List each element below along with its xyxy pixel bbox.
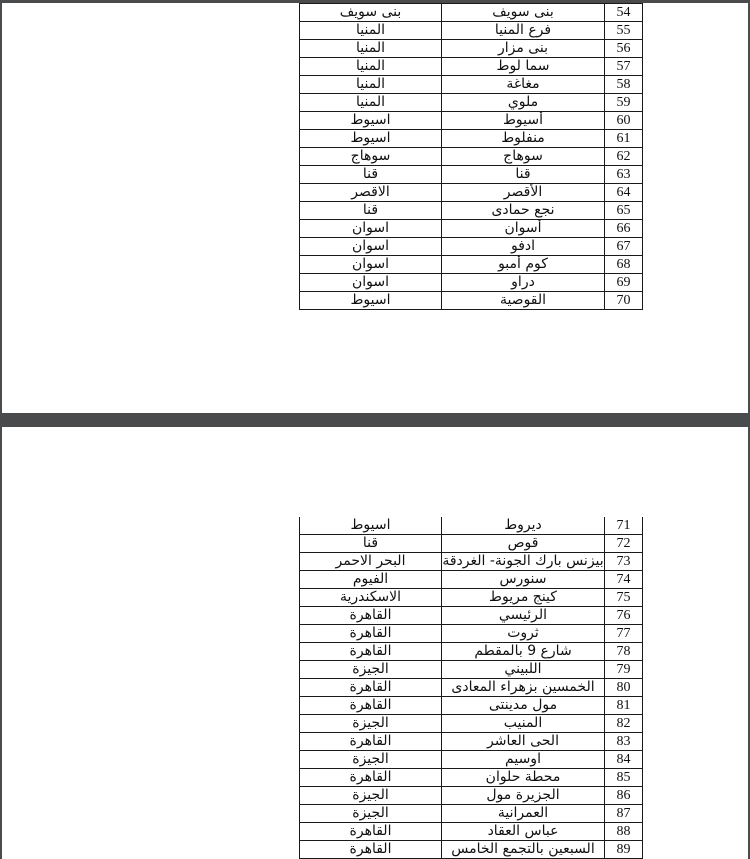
governorate-cell: الجيزة [300,715,442,733]
branch-name-cell: ادفو [442,238,605,256]
row-number-cell: 64 [605,184,643,202]
table-row: اسوانأسوان66 [300,220,643,238]
table-row: قناقوص72 [300,535,643,553]
row-number-cell: 72 [605,535,643,553]
row-number-cell: 63 [605,166,643,184]
row-number-cell: 74 [605,571,643,589]
table-row: القاهرةالرئيسي76 [300,607,643,625]
governorate-cell: القاهرة [300,697,442,715]
governorate-cell: القاهرة [300,823,442,841]
branch-name-cell: كوم أمبو [442,256,605,274]
row-number-cell: 84 [605,751,643,769]
branch-name-cell: أسيوط [442,112,605,130]
governorate-cell: القاهرة [300,643,442,661]
table-row: اسوانادفو67 [300,238,643,256]
table-row: البحر الاحمربيزنس بارك الجونة- الغردقة73 [300,553,643,571]
branch-name-cell: الأقصر [442,184,605,202]
branch-name-cell: أسوان [442,220,605,238]
table-row: اسيوطالقوصية70 [300,292,643,310]
governorate-cell: القاهرة [300,769,442,787]
governorate-cell: القاهرة [300,607,442,625]
branch-name-cell: ديروط [442,517,605,535]
branch-name-cell: الرئيسي [442,607,605,625]
table-row: قناقنا63 [300,166,643,184]
table-row: اسيوطأسيوط60 [300,112,643,130]
row-number-cell: 61 [605,130,643,148]
governorate-cell: القاهرة [300,841,442,859]
table-row: القاهرةثروت77 [300,625,643,643]
table-row: اسيوطمنفلوط61 [300,130,643,148]
table-row: المنيامغاغة58 [300,76,643,94]
table-row: الاسكندريةكينج مريوط75 [300,589,643,607]
row-number-cell: 69 [605,274,643,292]
branch-name-cell: بيزنس بارك الجونة- الغردقة [442,553,605,571]
governorate-cell: اسوان [300,274,442,292]
branch-name-cell: بنى سويف [442,4,605,22]
table-row: المنيابنى مزار56 [300,40,643,58]
governorate-cell: اسيوط [300,112,442,130]
table-row: اسيوطديروط71 [300,517,643,535]
table-row: الاقصرالأقصر64 [300,184,643,202]
governorate-cell: المنيا [300,58,442,76]
governorate-cell: المنيا [300,22,442,40]
row-number-cell: 79 [605,661,643,679]
row-number-cell: 71 [605,517,643,535]
row-number-cell: 73 [605,553,643,571]
row-number-cell: 67 [605,238,643,256]
governorate-cell: القاهرة [300,625,442,643]
branch-name-cell: سوهاج [442,148,605,166]
branch-name-cell: قنا [442,166,605,184]
table-row: الفيومسنورس74 [300,571,643,589]
governorate-cell: البحر الاحمر [300,553,442,571]
governorate-cell: قنا [300,166,442,184]
row-number-cell: 66 [605,220,643,238]
branch-name-cell: اللبيني [442,661,605,679]
table-row: المنياسما لوط57 [300,58,643,76]
governorate-cell: قنا [300,202,442,220]
row-number-cell: 85 [605,769,643,787]
table-row: القاهرةشارع 9 بالمقطم78 [300,643,643,661]
table-row: القاهرةالحى العاشر83 [300,733,643,751]
table-row: القاهرةمول مدينتى81 [300,697,643,715]
table-row: اسواندراو69 [300,274,643,292]
table-row: الجيزةاللبيني79 [300,661,643,679]
branch-name-cell: الحى العاشر [442,733,605,751]
table-row: القاهرةالسبعين بالتجمع الخامس89 [300,841,643,859]
governorate-cell: اسيوط [300,130,442,148]
branch-name-cell: مول مدينتى [442,697,605,715]
table-row: الجيزةاوسيم84 [300,751,643,769]
governorate-cell: الفيوم [300,571,442,589]
branch-name-cell: نجع حمادى [442,202,605,220]
table-row: قنانجع حمادى65 [300,202,643,220]
governorate-cell: الجيزة [300,787,442,805]
governorate-cell: اسيوط [300,517,442,535]
row-number-cell: 59 [605,94,643,112]
branches-table-page-1: بنى سويفبنى سويف54المنيافرع المنيا55المن… [299,3,643,310]
row-number-cell: 60 [605,112,643,130]
governorate-cell: بنى سويف [300,4,442,22]
branch-name-cell: ثروت [442,625,605,643]
governorate-cell: الاسكندرية [300,589,442,607]
governorate-cell: الجيزة [300,805,442,823]
table-row: المنياملوي59 [300,94,643,112]
branch-name-cell: شارع 9 بالمقطم [442,643,605,661]
table-row: الجيزةالجزيرة مول86 [300,787,643,805]
row-number-cell: 75 [605,589,643,607]
branch-name-cell: بنى مزار [442,40,605,58]
governorate-cell: المنيا [300,94,442,112]
governorate-cell: الجيزة [300,751,442,769]
branch-name-cell: الجزيرة مول [442,787,605,805]
row-number-cell: 76 [605,607,643,625]
branch-name-cell: المنيب [442,715,605,733]
branch-name-cell: دراو [442,274,605,292]
governorate-cell: اسوان [300,238,442,256]
table-row: القاهرةمحطة حلوان85 [300,769,643,787]
table-row: اسوانكوم أمبو68 [300,256,643,274]
branch-name-cell: قوص [442,535,605,553]
row-number-cell: 82 [605,715,643,733]
row-number-cell: 55 [605,22,643,40]
row-number-cell: 81 [605,697,643,715]
row-number-cell: 70 [605,292,643,310]
table-row: بنى سويفبنى سويف54 [300,4,643,22]
table-row: القاهرةعباس العقاد88 [300,823,643,841]
branch-name-cell: الخمسين بزهراء المعادى [442,679,605,697]
row-number-cell: 68 [605,256,643,274]
governorate-cell: الاقصر [300,184,442,202]
table-row: سوهاجسوهاج62 [300,148,643,166]
document-page-1: بنى سويفبنى سويف54المنيافرع المنيا55المن… [2,3,748,413]
branch-name-cell: مغاغة [442,76,605,94]
branch-name-cell: منفلوط [442,130,605,148]
row-number-cell: 58 [605,76,643,94]
row-number-cell: 86 [605,787,643,805]
governorate-cell: اسوان [300,256,442,274]
governorate-cell: قنا [300,535,442,553]
governorate-cell: اسيوط [300,292,442,310]
row-number-cell: 87 [605,805,643,823]
branches-table-page-2: اسيوطديروط71قناقوص72البحر الاحمربيزنس با… [299,517,643,859]
governorate-cell: الجيزة [300,661,442,679]
governorate-cell: سوهاج [300,148,442,166]
governorate-cell: اسوان [300,220,442,238]
branch-name-cell: كينج مريوط [442,589,605,607]
row-number-cell: 62 [605,148,643,166]
table-row: الجيزةالمنيب82 [300,715,643,733]
branch-name-cell: اوسيم [442,751,605,769]
row-number-cell: 56 [605,40,643,58]
table-row: الجيزةالعمرانية87 [300,805,643,823]
row-number-cell: 57 [605,58,643,76]
branch-name-cell: ملوي [442,94,605,112]
row-number-cell: 54 [605,4,643,22]
governorate-cell: القاهرة [300,679,442,697]
row-number-cell: 77 [605,625,643,643]
branch-name-cell: العمرانية [442,805,605,823]
document-page-2: اسيوطديروط71قناقوص72البحر الاحمربيزنس با… [2,427,748,859]
row-number-cell: 89 [605,841,643,859]
branch-name-cell: سنورس [442,571,605,589]
row-number-cell: 78 [605,643,643,661]
branch-name-cell: السبعين بالتجمع الخامس [442,841,605,859]
row-number-cell: 80 [605,679,643,697]
row-number-cell: 65 [605,202,643,220]
governorate-cell: المنيا [300,76,442,94]
branch-name-cell: القوصية [442,292,605,310]
row-number-cell: 83 [605,733,643,751]
branch-name-cell: سما لوط [442,58,605,76]
branch-name-cell: عباس العقاد [442,823,605,841]
table-row: القاهرةالخمسين بزهراء المعادى80 [300,679,643,697]
governorate-cell: المنيا [300,40,442,58]
table-row: المنيافرع المنيا55 [300,22,643,40]
row-number-cell: 88 [605,823,643,841]
governorate-cell: القاهرة [300,733,442,751]
branch-name-cell: محطة حلوان [442,769,605,787]
branch-name-cell: فرع المنيا [442,22,605,40]
